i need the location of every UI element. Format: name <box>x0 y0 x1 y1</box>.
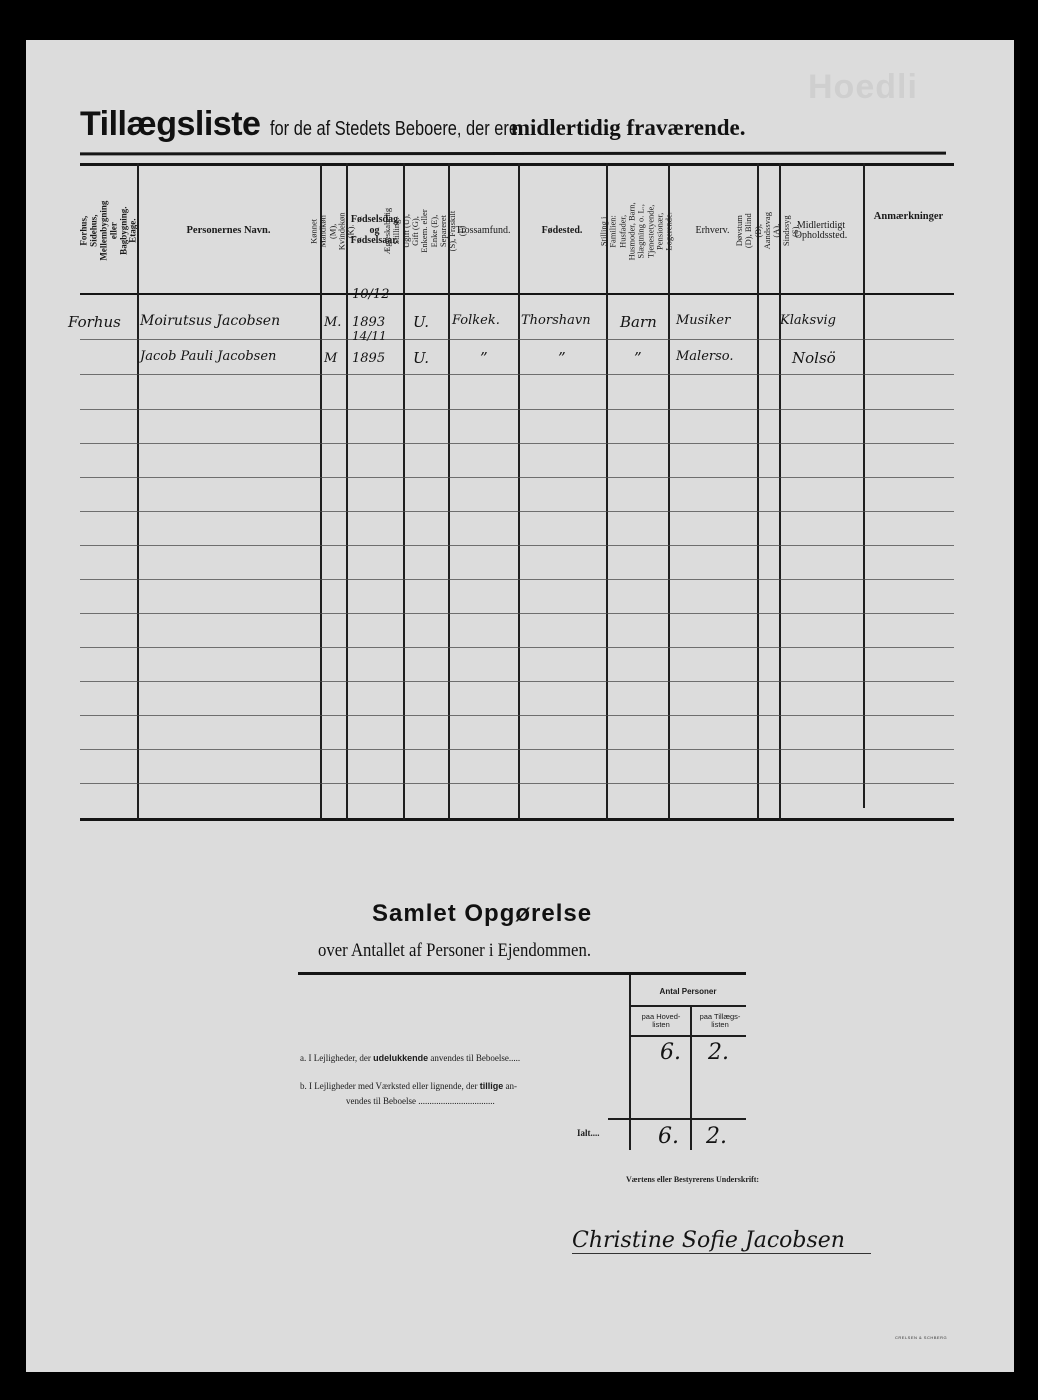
absent-residents-table: Forhus, Sidehus, Mellembygning eller Bag… <box>80 163 954 823</box>
summary-title: Samlet Opgørelse <box>372 900 592 928</box>
row-line <box>80 749 954 750</box>
row-line <box>80 443 954 444</box>
col-tillaeg-header: paa Tillægs-listen <box>693 1013 747 1030</box>
cell-stilling: ” <box>634 349 642 367</box>
row-line <box>80 715 954 716</box>
header-kjon: Kønnet Mandkøn (M), Kvindekøn (K). <box>320 171 346 291</box>
cell-fodested: ” <box>558 349 566 367</box>
header-fodested: Fødested. <box>518 171 606 291</box>
summary-col-divider <box>629 975 631 1150</box>
row-b-label-line2: vendes til Beboelse ....................… <box>346 1096 495 1106</box>
table-bottom-rule <box>80 818 954 821</box>
row-line <box>80 511 954 512</box>
cell-tro: ” <box>480 349 488 367</box>
summary-total-rule <box>608 1118 746 1120</box>
cell-navn: Moirutsus Jacobsen <box>140 313 280 329</box>
cell-erhverv: Malerso. <box>676 349 734 364</box>
title-emphasis: midlertidig fraværende. <box>511 115 746 141</box>
cell-fodested: Thorshavn <box>521 313 591 328</box>
row-line <box>80 545 954 546</box>
header-bottom-rule <box>80 293 954 295</box>
ialt-hoved-value: 6. <box>658 1124 679 1149</box>
row-a-hoved-value: 6. <box>660 1040 681 1065</box>
col-hoved-header: paa Hoved-listen <box>634 1013 688 1030</box>
row-line <box>80 613 954 614</box>
header-stilling: Stilling i Familien: Husfader, Husmoder,… <box>606 171 668 291</box>
page-title: Tillægsliste for de af Stedets Beboere, … <box>80 105 950 144</box>
row-line <box>80 374 954 375</box>
row-line <box>80 579 954 580</box>
cell-tro: Folkek. <box>452 313 500 328</box>
printer-mark: CRELSEN & SCHBERG <box>895 1335 947 1340</box>
header-handicap: Døvstum (D), Blind (B), Aandssvag (A), S… <box>757 171 779 291</box>
row-line <box>80 647 954 648</box>
row-line <box>80 681 954 682</box>
header-aegteskab: Ægteskabelig Stilling. Ugift (U), Gift (… <box>403 171 448 291</box>
signature: Christine Sofie Jacobsen <box>572 1228 871 1254</box>
row-a-label: a. I Lejligheder, der udelukkende anvend… <box>300 1053 520 1063</box>
ialt-label: Ialt.... <box>577 1128 600 1138</box>
header-navn: Personernes Navn. <box>137 171 320 291</box>
summary-subtitle: over Antallet af Personer i Ejendommen. <box>318 940 591 962</box>
header-tro: Trossamfund. <box>448 171 518 291</box>
row-b-label: b. I Lejligheder med Værksted eller lign… <box>300 1081 517 1091</box>
cell-kjon: M. <box>324 315 341 330</box>
summary-rule <box>630 1005 746 1007</box>
cell-opholdssted: Klaksvig <box>780 313 836 328</box>
bleed-through-text: Hoedli <box>808 68 918 107</box>
cell-navn: Jacob Pauli Jacobsen <box>140 349 276 364</box>
cell-opholdssted: Nolsö <box>792 349 836 367</box>
summary-col-divider <box>690 1005 692 1150</box>
cell-erhverv: Musiker <box>676 313 730 328</box>
header-bygning: Forhus, Sidehus, Mellembygning eller Bag… <box>80 171 137 291</box>
signature-label: Værtens eller Bestyrerens Underskrift: <box>626 1175 759 1184</box>
header-anmaerkninger: Anmærkninger <box>863 171 954 291</box>
cell-fodsel-dag: 14/11 <box>352 329 387 343</box>
summary-top-rule <box>298 972 746 975</box>
table-top-rule <box>80 163 954 166</box>
cell-fodsel-aar: 1893 <box>352 315 385 330</box>
cell-bygning: Forhus <box>68 313 121 331</box>
header-opholdssted: Midlertidigt Opholdssted. <box>779 171 863 291</box>
title-middle: for de af Stedets Beboere, der ere <box>270 118 518 141</box>
antal-personer-header: Antal Personer <box>630 988 746 997</box>
row-line <box>80 409 954 410</box>
row-line <box>80 783 954 784</box>
row-line <box>80 477 954 478</box>
cell-kjon: M <box>324 351 337 366</box>
cell-fodsel-aar: 1895 <box>352 351 385 366</box>
row-line <box>80 339 954 340</box>
cell-fodsel-dag: 10/12 <box>352 287 389 302</box>
cell-aegteskab: U. <box>413 349 429 367</box>
row-a-tillaeg-value: 2. <box>708 1040 729 1065</box>
cell-aegteskab: U. <box>413 313 429 331</box>
summary-rule <box>630 1035 746 1037</box>
cell-stilling: Barn <box>620 313 657 331</box>
title-main: Tillægsliste <box>80 105 260 144</box>
ialt-tillaeg-value: 2. <box>706 1124 727 1149</box>
